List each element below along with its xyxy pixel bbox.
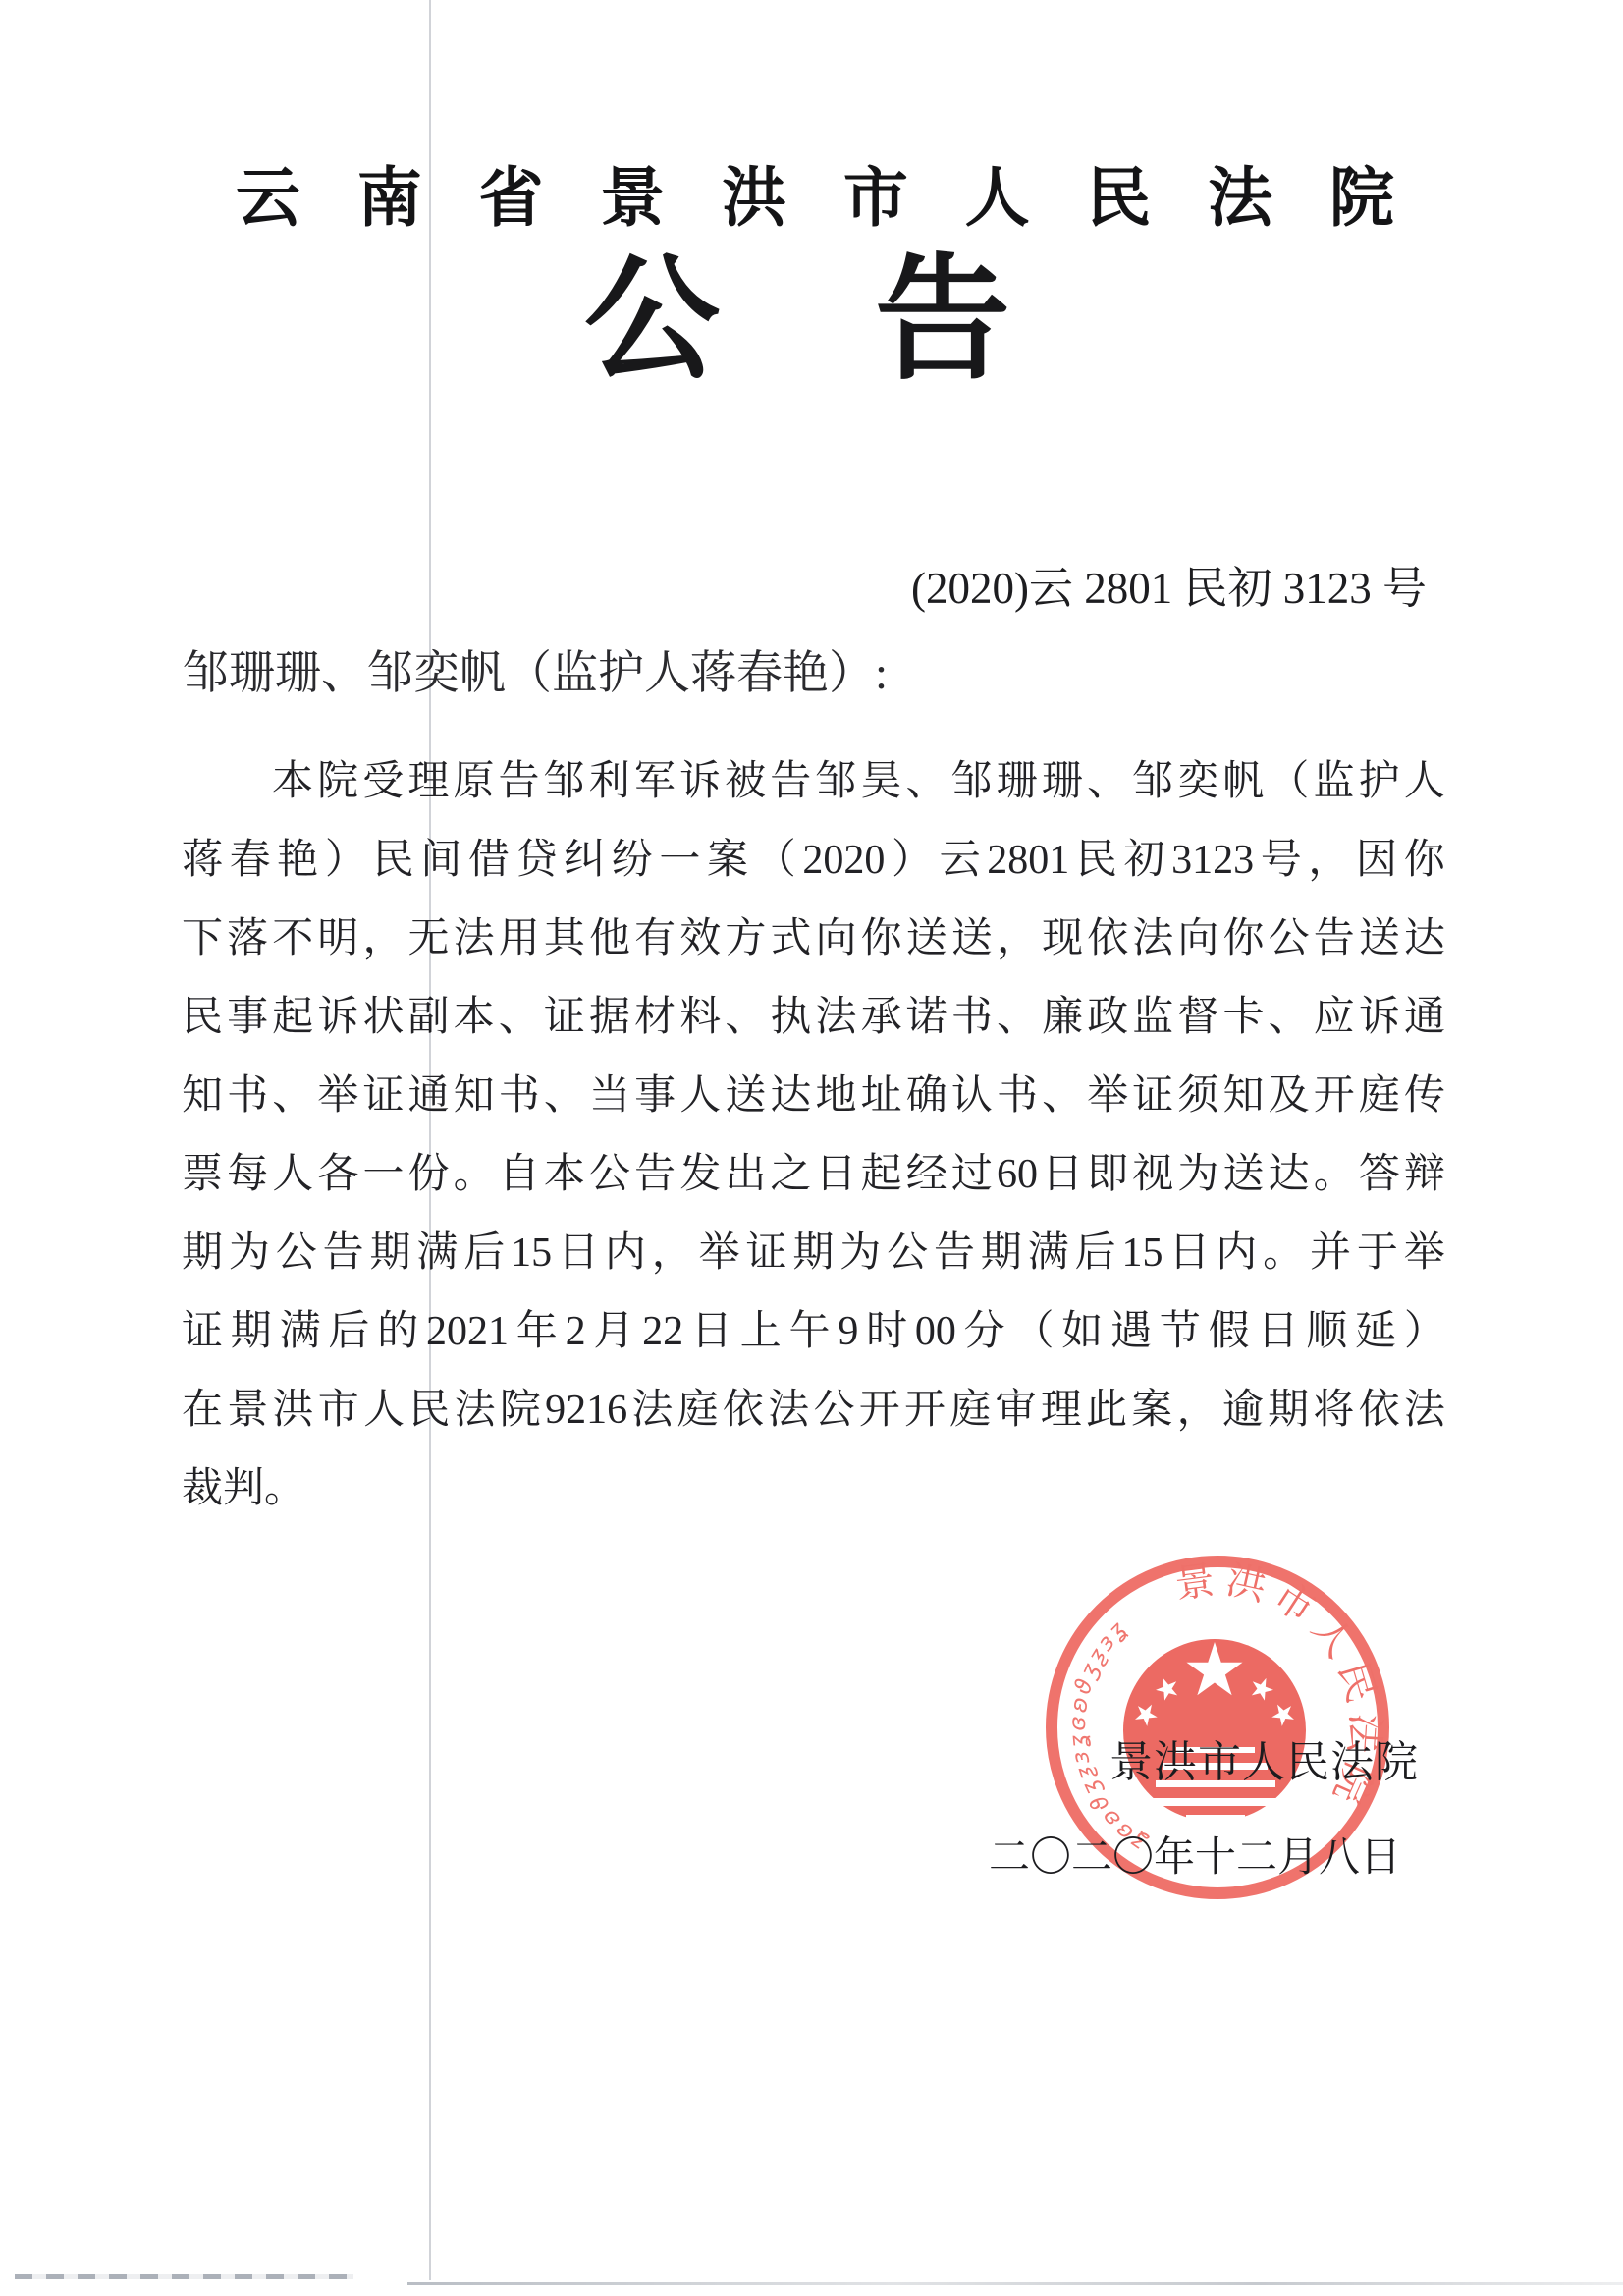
body-paragraph: 本院受理原告邹利军诉被告邹昊、邹珊珊、邹奕帆（监护人 蒋春艳）民间借贷纠纷一案（…	[182, 742, 1445, 1528]
body-line: 证期满后的2021年2月22日上午9时00分（如遇节假日顺延）	[182, 1292, 1445, 1371]
issue-date: 二〇二〇年十二月八日	[989, 1825, 1401, 1884]
scan-bottom-line	[407, 2282, 1623, 2285]
announcement-page: 云南省景洪市人民法院 公告 (2020)云 2801 民初 3123 号 邹珊珊…	[0, 0, 1623, 2296]
court-name: 云南省景洪市人民法院	[236, 155, 1394, 244]
body-line: 下落不明，无法用其他有效方式向你送送，现依法向你公告送达	[182, 900, 1445, 978]
scan-bottom-line	[15, 2274, 353, 2279]
body-line: 本院受理原告邹利军诉被告邹昊、邹珊珊、邹奕帆（监护人	[182, 742, 1445, 821]
body-line: 票每人各一份。自本公告发出之日起经过60日即视为送达。答辩	[182, 1135, 1445, 1214]
case-number: (2020)云 2801 民初 3123 号	[911, 552, 1427, 616]
document-title: 公告	[584, 238, 1010, 405]
body-line: 民事起诉状副本、证据材料、执法承诺书、廉政监督卡、应诉通	[182, 978, 1445, 1057]
body-line: 裁判。	[182, 1449, 1445, 1528]
body-line: 在景洪市人民法院9216法庭依法公开开庭审理此案，逾期将依法	[182, 1371, 1445, 1449]
addressee-line: 邹珊珊、邹奕帆（监护人蒋春艳）:	[183, 636, 888, 702]
body-line: 蒋春艳）民间借贷纠纷一案（2020）云2801民初3123号，因你	[182, 821, 1445, 900]
signature-court-name: 景洪市人民法院	[1109, 1726, 1419, 1789]
body-line: 期为公告期满后15日内，举证期为公告期满后15日内。并于举	[182, 1214, 1445, 1292]
body-line: 知书、举证通知书、当事人送达地址确认书、举证须知及开庭传	[182, 1057, 1445, 1135]
